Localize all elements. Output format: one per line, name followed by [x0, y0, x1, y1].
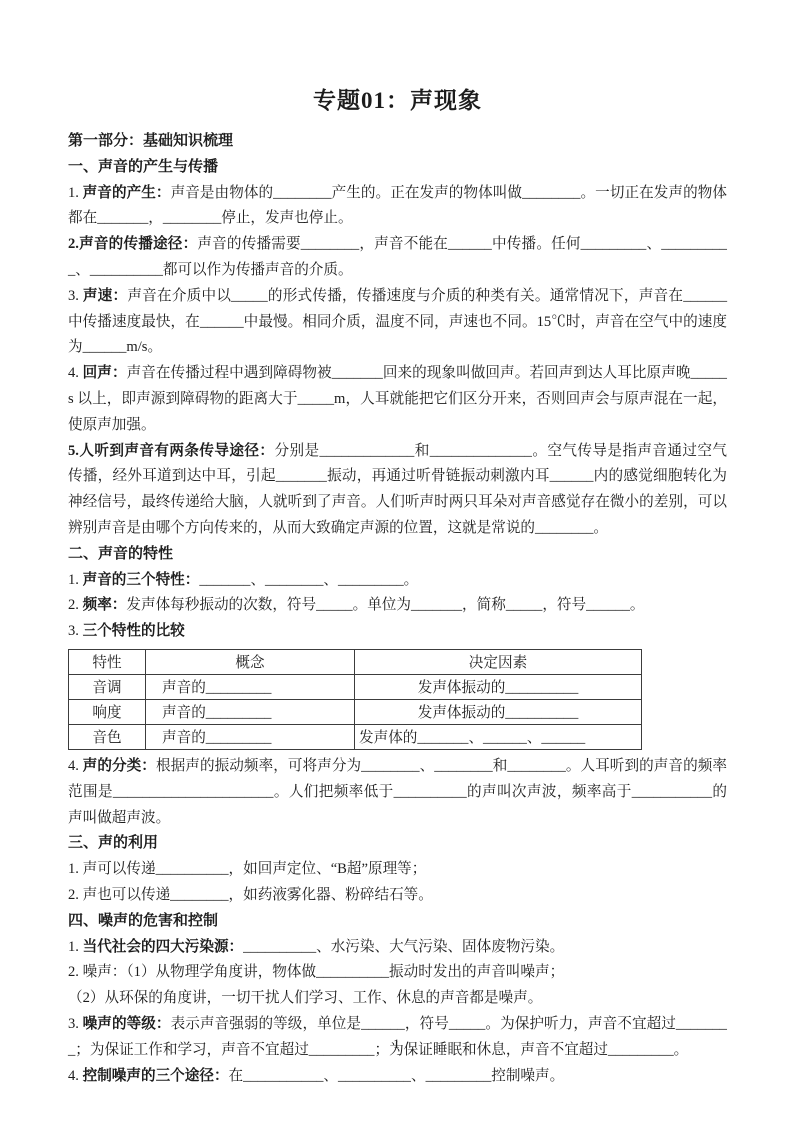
text-run: 2. 噪声：（1）从物理学角度讲，物体做__________振动时发出的声音叫噪…: [68, 964, 564, 980]
table-row: 音调声音的_________发声体振动的__________: [69, 674, 642, 699]
table-cell: 发声体振动的__________: [355, 674, 642, 699]
text-run: 3.: [68, 1016, 83, 1032]
bold-text-run: 四、噪声的危害和控制: [68, 913, 218, 929]
heading: 二、声音的特性: [68, 542, 727, 568]
bold-text-run: 三、声的利用: [68, 835, 158, 851]
table-cell: 发声体振动的__________: [355, 699, 642, 724]
table-cell: 发声体的_______、______、______: [355, 724, 642, 749]
paragraph: 1. 声音的三个特性：_______、________、_________。: [68, 568, 727, 594]
text-run: 在___________、__________、_________控制噪声。: [229, 1068, 565, 1084]
text-run: 3.: [68, 288, 83, 304]
bold-text-run: 声音的产生：: [83, 185, 171, 201]
bold-text-run: 2.声音的传播途径：: [68, 236, 197, 252]
table-cell: 响度: [69, 699, 146, 724]
text-run: 4.: [68, 1068, 83, 1084]
bold-text-run: 一、声音的产生与传播: [68, 159, 218, 175]
paragraph: （2）从环保的角度讲，一切干扰人们学习、工作、休息的声音都是噪声。: [68, 986, 727, 1012]
table-header-row: 特性概念决定因素: [69, 649, 642, 674]
table-cell: 音色: [69, 724, 146, 749]
heading: 三、声的利用: [68, 831, 727, 857]
paragraph: 4. 控制噪声的三个途径：在___________、__________、___…: [68, 1064, 727, 1090]
paragraph: 2. 频率：发声体每秒振动的次数，符号_____。单位为_______，简称__…: [68, 593, 727, 619]
comparison-table: 特性概念决定因素音调声音的_________发声体振动的__________响度…: [68, 649, 642, 750]
paragraph: 4. 回声：声音在传播过程中遇到障碍物被_______回来的现象叫做回声。若回声…: [68, 361, 727, 438]
table-cell: 声音的_________: [146, 699, 355, 724]
text-run: （2）从环保的角度讲，一切干扰人们学习、工作、休息的声音都是噪声。: [68, 990, 542, 1006]
text-run: _______、________、_________。: [199, 572, 418, 588]
paragraph: 5.人听到声音有两条传导途径：分别是_____________和________…: [68, 439, 727, 542]
heading: 四、噪声的危害和控制: [68, 909, 727, 935]
bold-text-run: 声速：: [83, 288, 128, 304]
bold-text-run: 频率：: [83, 597, 127, 613]
document-title: 专题01：声现象: [68, 86, 727, 116]
table-row: 响度声音的_________发声体振动的__________: [69, 699, 642, 724]
heading: 第一部分：基础知识梳理: [68, 129, 727, 155]
paragraph: 2.声音的传播途径：声音的传播需要________，声音不能在______中传播…: [68, 232, 727, 284]
text-run: 发声体每秒振动的次数，符号_____。单位为_______，简称_____，符号…: [126, 597, 644, 613]
text-run: __________、水污染、大气污染、固体废物污染。: [243, 939, 564, 955]
bold-text-run: 噪声的等级：: [83, 1016, 171, 1032]
table-header-cell: 特性: [69, 649, 146, 674]
bold-text-run: 控制噪声的三个途径：: [83, 1068, 229, 1084]
text-run: 2.: [68, 597, 83, 613]
bold-text-run: 当代社会的四大污染源：: [83, 939, 244, 955]
text-run: 3.: [68, 623, 83, 639]
document-body: 第一部分：基础知识梳理一、声音的产生与传播1. 声音的产生：声音是由物体的___…: [68, 129, 727, 1089]
paragraph: 1. 当代社会的四大污染源：__________、水污染、大气污染、固体废物污染…: [68, 935, 727, 961]
text-run: 4.: [68, 365, 83, 381]
text-run: 2. 声也可以传递________，如药液雾化器、粉碎结石等。: [68, 887, 433, 903]
heading: 一、声音的产生与传播: [68, 155, 727, 181]
text-run: 声音在传播过程中遇到障碍物被_______回来的现象叫做回声。若回声到达人耳比原…: [68, 365, 727, 433]
document-page: 专题01：声现象 第一部分：基础知识梳理一、声音的产生与传播1. 声音的产生：声…: [0, 0, 793, 1122]
bold-text-run: 二、声音的特性: [68, 546, 173, 562]
paragraph: 2. 声也可以传递________，如药液雾化器、粉碎结石等。: [68, 883, 727, 909]
table-cell: 声音的_________: [146, 724, 355, 749]
paragraph: 3. 声速：声音在介质中以_____的形式传播，传播速度与介质的种类有关。通常情…: [68, 284, 727, 361]
table-cell: 声音的_________: [146, 674, 355, 699]
bold-text-run: 声音的三个特性：: [83, 572, 200, 588]
paragraph: 3. 三个特性的比较: [68, 619, 727, 645]
bold-text-run: 第一部分：基础知识梳理: [68, 133, 233, 149]
paragraph: 1. 声可以传递__________，如回声定位、“B超”原理等；: [68, 857, 727, 883]
text-run: 1.: [68, 185, 83, 201]
text-run: 1.: [68, 572, 83, 588]
table-header-cell: 概念: [146, 649, 355, 674]
paragraph: 4. 声的分类：根据声的振动频率，可将声分为________、________和…: [68, 754, 727, 831]
text-run: 声音在介质中以_____的形式传播，传播速度与介质的种类有关。通常情况下，声音在…: [68, 288, 727, 356]
text-run: 4.: [68, 758, 83, 774]
table-header-cell: 决定因素: [355, 649, 642, 674]
table-cell: 音调: [69, 674, 146, 699]
table-row: 音色声音的_________发声体的_______、______、______: [69, 724, 642, 749]
text-run: 1.: [68, 939, 83, 955]
bold-text-run: 三个特性的比较: [83, 623, 185, 639]
text-run: 1. 声可以传递__________，如回声定位、“B超”原理等；: [68, 861, 426, 877]
bold-text-run: 声的分类：: [83, 758, 156, 774]
text-run: 根据声的振动频率，可将声分为________、________和________…: [68, 758, 727, 826]
page-number: 1: [0, 1036, 793, 1052]
paragraph: 1. 声音的产生：声音是由物体的________产生的。正在发声的物体叫做___…: [68, 181, 727, 233]
bold-text-run: 回声：: [83, 365, 127, 381]
bold-text-run: 5.人听到声音有两条传导途径：: [68, 443, 274, 459]
paragraph: 2. 噪声：（1）从物理学角度讲，物体做__________振动时发出的声音叫噪…: [68, 960, 727, 986]
